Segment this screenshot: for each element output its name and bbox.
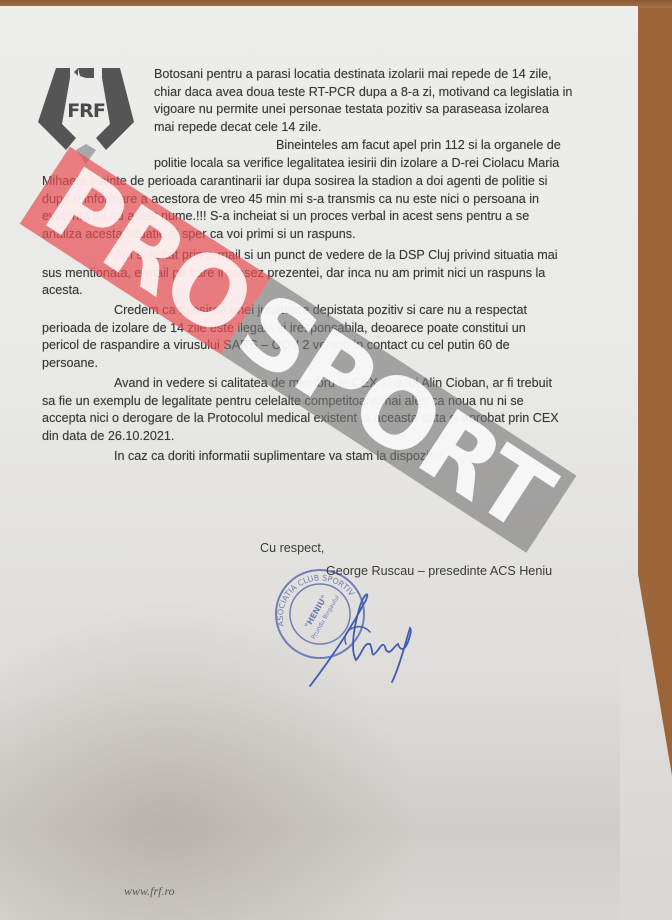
- frf-logo: FRF: [36, 64, 136, 164]
- frf-logo-text: FRF: [65, 100, 107, 122]
- text-line: acesta.: [42, 282, 558, 300]
- paragraph-3: Am solicitat prin e-mail si un punct de …: [42, 247, 558, 300]
- text-line: vigoare nu permite unei personae testata…: [154, 101, 572, 119]
- document-page-corner: [620, 560, 672, 920]
- text-line: Am solicitat prin e-mail si un punct de …: [42, 247, 558, 265]
- closing-salutation: Cu respect,: [260, 541, 324, 555]
- footer-website: www.frf.ro: [124, 884, 175, 899]
- text-line: perioada de izolare de 14 zile este ileg…: [42, 320, 527, 338]
- text-line: Botosani pentru a parasi locatia destina…: [154, 66, 572, 84]
- signatory-name: George Ruscau – presedinte ACS Heniu: [326, 564, 552, 578]
- text-line: analiza acesta situatie si sper ca voi p…: [42, 226, 547, 244]
- text-line: din data de 26.10.2021.: [42, 428, 559, 446]
- text-line: politie locala sa verifice legalitatea i…: [154, 155, 559, 173]
- signature-scribble-icon: [300, 580, 450, 690]
- text-line: dupa o informare a acestora de vreo 45 m…: [42, 191, 547, 209]
- text-line: Avand in vedere si calitatea de membru i…: [42, 375, 559, 393]
- paragraph-2-first-line: Bineinteles am facut apel prin 112 si la…: [276, 137, 561, 155]
- text-line: persoane.: [42, 355, 527, 373]
- paragraph-5: Avand in vedere si calitatea de membru i…: [42, 375, 559, 445]
- handwritten-signature: [300, 580, 450, 690]
- text-line: Mihaela inainte de perioada carantinarii…: [42, 173, 547, 191]
- text-line: mai repede decat cele 14 zile.: [154, 119, 572, 137]
- paragraph-1: Botosani pentru a parasi locatia destina…: [154, 66, 572, 136]
- paragraph-4: Credem ca folosirea unei jucatoare depis…: [42, 302, 527, 372]
- paragraph-6: In caz ca doriti informatii suplimentare…: [42, 448, 446, 466]
- text-line: sa fie un exemplu de legalitate pentru c…: [42, 393, 559, 411]
- text-line: Credem ca folosirea unei jucatoare depis…: [42, 302, 527, 320]
- text-line: chiar daca avea doua teste RT-PCR dupa a…: [154, 84, 572, 102]
- text-line: Bineinteles am facut apel prin 112 si la…: [276, 137, 561, 155]
- text-line: pericol de raspandire a virusului SARS –…: [42, 337, 527, 355]
- text-line: accepta nici o derogare de la Protocolul…: [42, 410, 559, 428]
- text-line: sus mentionata, e-mail pe care il atasez…: [42, 265, 558, 283]
- paragraph-2-second-line: politie locala sa verifice legalitatea i…: [154, 155, 559, 173]
- text-line: In caz ca doriti informatii suplimentare…: [42, 448, 446, 466]
- paragraph-2: Mihaela inainte de perioada carantinarii…: [42, 173, 547, 243]
- text-line: evidenta lor cu acest nume.!!! S-a inche…: [42, 208, 547, 226]
